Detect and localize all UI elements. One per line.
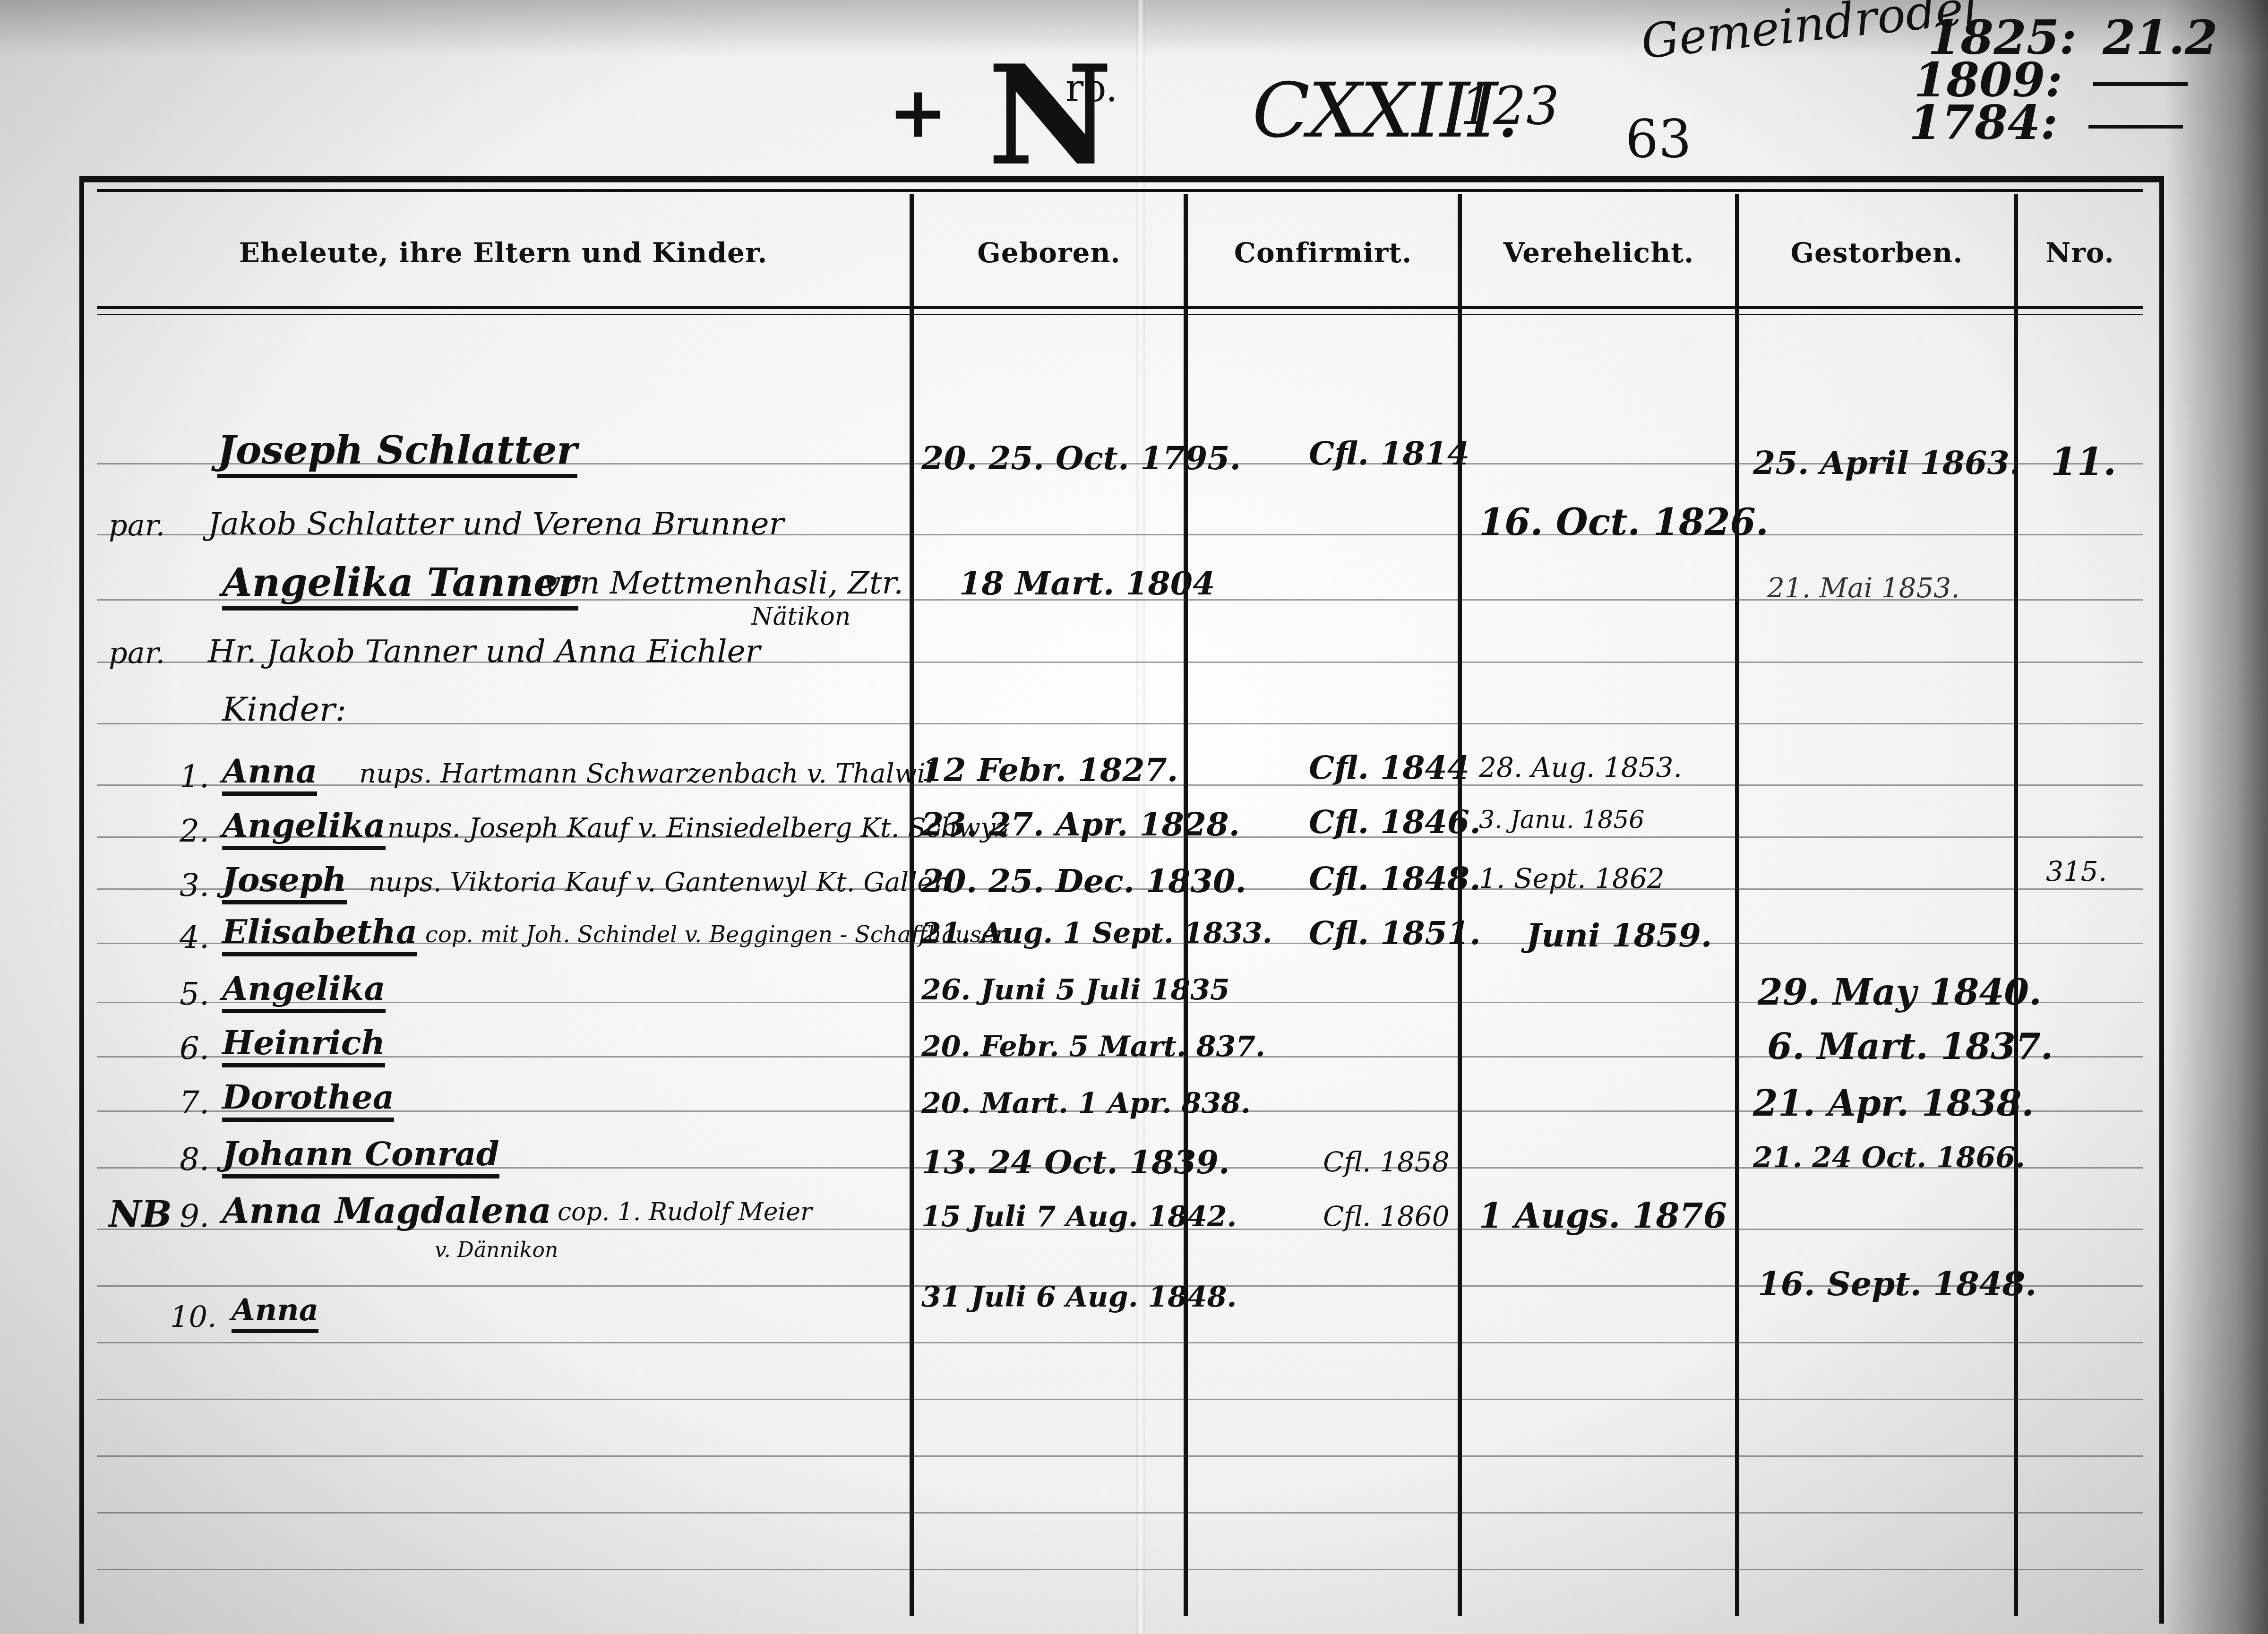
wife-origin: von Mettmenhasli, Ztr. [543, 565, 903, 601]
child-confirmed: Cfl. 1860 [1323, 1200, 1450, 1232]
child-name: Dorothea [222, 1077, 394, 1122]
column-header-names: Eheleute, ihre Eltern und Kinder. [99, 232, 907, 274]
child-name: Elisabetha [222, 912, 417, 956]
child-number: 8. [180, 1141, 209, 1178]
child-married: 3. Janu. 1856 [1479, 806, 1644, 834]
husband-nro: 11. [2051, 439, 2116, 484]
place-superscript-note: Nätikon [751, 602, 850, 631]
ruled-line [97, 1512, 2143, 1514]
child-number: 7. [180, 1084, 209, 1121]
header-rule-double [97, 314, 2143, 315]
child-died: 16. Sept. 1848. [1758, 1264, 2036, 1303]
child-confirmed: Cfl. 1858 [1323, 1146, 1450, 1178]
wife-name: Angelika Tanner [222, 560, 578, 611]
child-note: nups. Viktoria Kauf v. Gantenwyl Kt. Gal… [369, 867, 950, 898]
column-header-died: Gestorben. [1740, 232, 2014, 274]
child-born: 20. Mart. 1 Apr. 838. [921, 1087, 1251, 1120]
husband-born: 20. 25. Oct. 1795. [921, 439, 1241, 477]
column-header-nro: Nro. [2019, 232, 2141, 274]
child-name: Anna [222, 751, 317, 796]
husband-parents-names: Jakob Schlatter und Verena Brunner [208, 506, 784, 542]
child-number: 2. [180, 813, 209, 849]
ruled-line [97, 1455, 2143, 1457]
child-confirmed: Cfl. 1846. [1309, 803, 1481, 841]
column-divider [2014, 194, 2018, 1616]
child-number: 5. [180, 976, 209, 1012]
register-number-arabic: 123 [1460, 76, 1559, 136]
child-name: Anna [232, 1292, 318, 1333]
child-number: 4. [180, 919, 209, 955]
column-divider [910, 194, 914, 1616]
parents-prefix: par. [109, 508, 165, 542]
child-died: 6. Mart. 1837. [1767, 1025, 2053, 1067]
child-number: 3. [180, 867, 209, 903]
child-name: Angelika [222, 969, 386, 1013]
column-header-born: Geboren. [914, 232, 1184, 274]
child-born: 20. Febr. 5 Mart. 837. [921, 1030, 1265, 1063]
child-number: 9. [180, 1198, 209, 1234]
parents-prefix: par. [109, 636, 165, 670]
husband-confirmed: Cfl. 1814 [1309, 435, 1469, 473]
child-married: 1 Augs. 1876 [1479, 1195, 1727, 1236]
child-born: 31 Juli 6 Aug. 1848. [921, 1281, 1237, 1314]
child-note: nups. Joseph Kauf v. Einsiedelberg Kt. S… [387, 813, 1009, 843]
child-born: 26. Juni 5 Juli 1835 [921, 973, 1230, 1006]
child-died: 29. May 1840. [1758, 971, 2042, 1013]
child-number: 6. [180, 1030, 209, 1066]
wife-died: 21. Mai 1853. [1767, 572, 1960, 604]
child-number: 10. [170, 1299, 217, 1334]
child-born: 13. 24 Oct. 1839. [921, 1144, 1230, 1181]
wife-parents-names: Hr. Jakob Tanner und Anna Eichler [208, 633, 760, 670]
blank-dash [2088, 125, 2183, 129]
child-note: nups. Hartmann Schwarzenbach v. Thalwil [359, 758, 934, 789]
ruled-line [97, 1399, 2143, 1400]
child-born: 15 Juli 7 Aug. 1842. [921, 1200, 1237, 1233]
child-name: Heinrich [222, 1023, 385, 1067]
child-confirmed: Cfl. 1844 [1309, 749, 1469, 787]
child-married: 28. Aug. 1853. [1479, 751, 1682, 783]
ruled-line [97, 1569, 2143, 1570]
child-nro: 315. [2046, 855, 2107, 887]
child-name: Johann Conrad [222, 1134, 499, 1178]
blank-dash [2093, 82, 2188, 86]
register-page: + N ro. CXXIII. 123 63 Gemeindrodel 1825… [0, 0, 2268, 1634]
scan-shadow-right [2164, 0, 2268, 1634]
child-born: 12 Febr. 1827. [921, 751, 1178, 789]
husband-name: Joseph Schlatter [217, 428, 577, 478]
marriage-date: 16. Oct. 1826. [1479, 501, 1769, 544]
table-inner-top-rule [97, 189, 2143, 192]
child-born: 20. 25. Dec. 1830. [921, 862, 1246, 900]
column-divider [1184, 194, 1188, 1616]
child-married: 1. Sept. 1862 [1479, 862, 1665, 894]
ruled-line [97, 723, 2143, 724]
children-label: Kinder: [222, 690, 346, 729]
child-died: 21. 24 Oct. 1866. [1753, 1141, 2025, 1174]
child-name: Anna Magdalena [222, 1191, 551, 1231]
column-divider [1458, 194, 1462, 1616]
child-name: Joseph [222, 860, 347, 904]
column-header-confirmed: Confirmirt. [1188, 232, 1458, 274]
column-divider [1735, 194, 1739, 1616]
child-name: Angelika [222, 806, 386, 850]
cross-mark: + [888, 71, 948, 154]
child-born: 21. Aug. 1 Sept. 1833. [921, 917, 1272, 950]
child-born: 23. 27. Apr. 1828. [921, 806, 1240, 843]
child-number: 1. [180, 758, 209, 795]
column-header-married: Verehelicht. [1462, 232, 1735, 274]
wife-born: 18 Mart. 1804 [959, 565, 1215, 602]
child-note: cop. 1. Rudolf Meier [558, 1198, 812, 1226]
nro-label-suffix: ro. [1065, 66, 1117, 110]
ruled-line [97, 1342, 2143, 1343]
header-rule [97, 306, 2143, 309]
husband-died: 25. April 1863. [1753, 444, 2020, 482]
page-number: 63 [1625, 109, 1692, 169]
child-married: Juni 1859. [1526, 917, 1712, 955]
child-note-origin: v. Dännikon [435, 1238, 558, 1262]
child-died: 21. Apr. 1838. [1753, 1082, 2034, 1124]
nota-bene-mark: NB [109, 1193, 172, 1235]
child-confirmed: Cfl. 1848. [1309, 860, 1481, 898]
gemeindrodel-entry: 1784: [1909, 95, 2183, 150]
child-confirmed: Cfl. 1851. [1309, 914, 1481, 952]
